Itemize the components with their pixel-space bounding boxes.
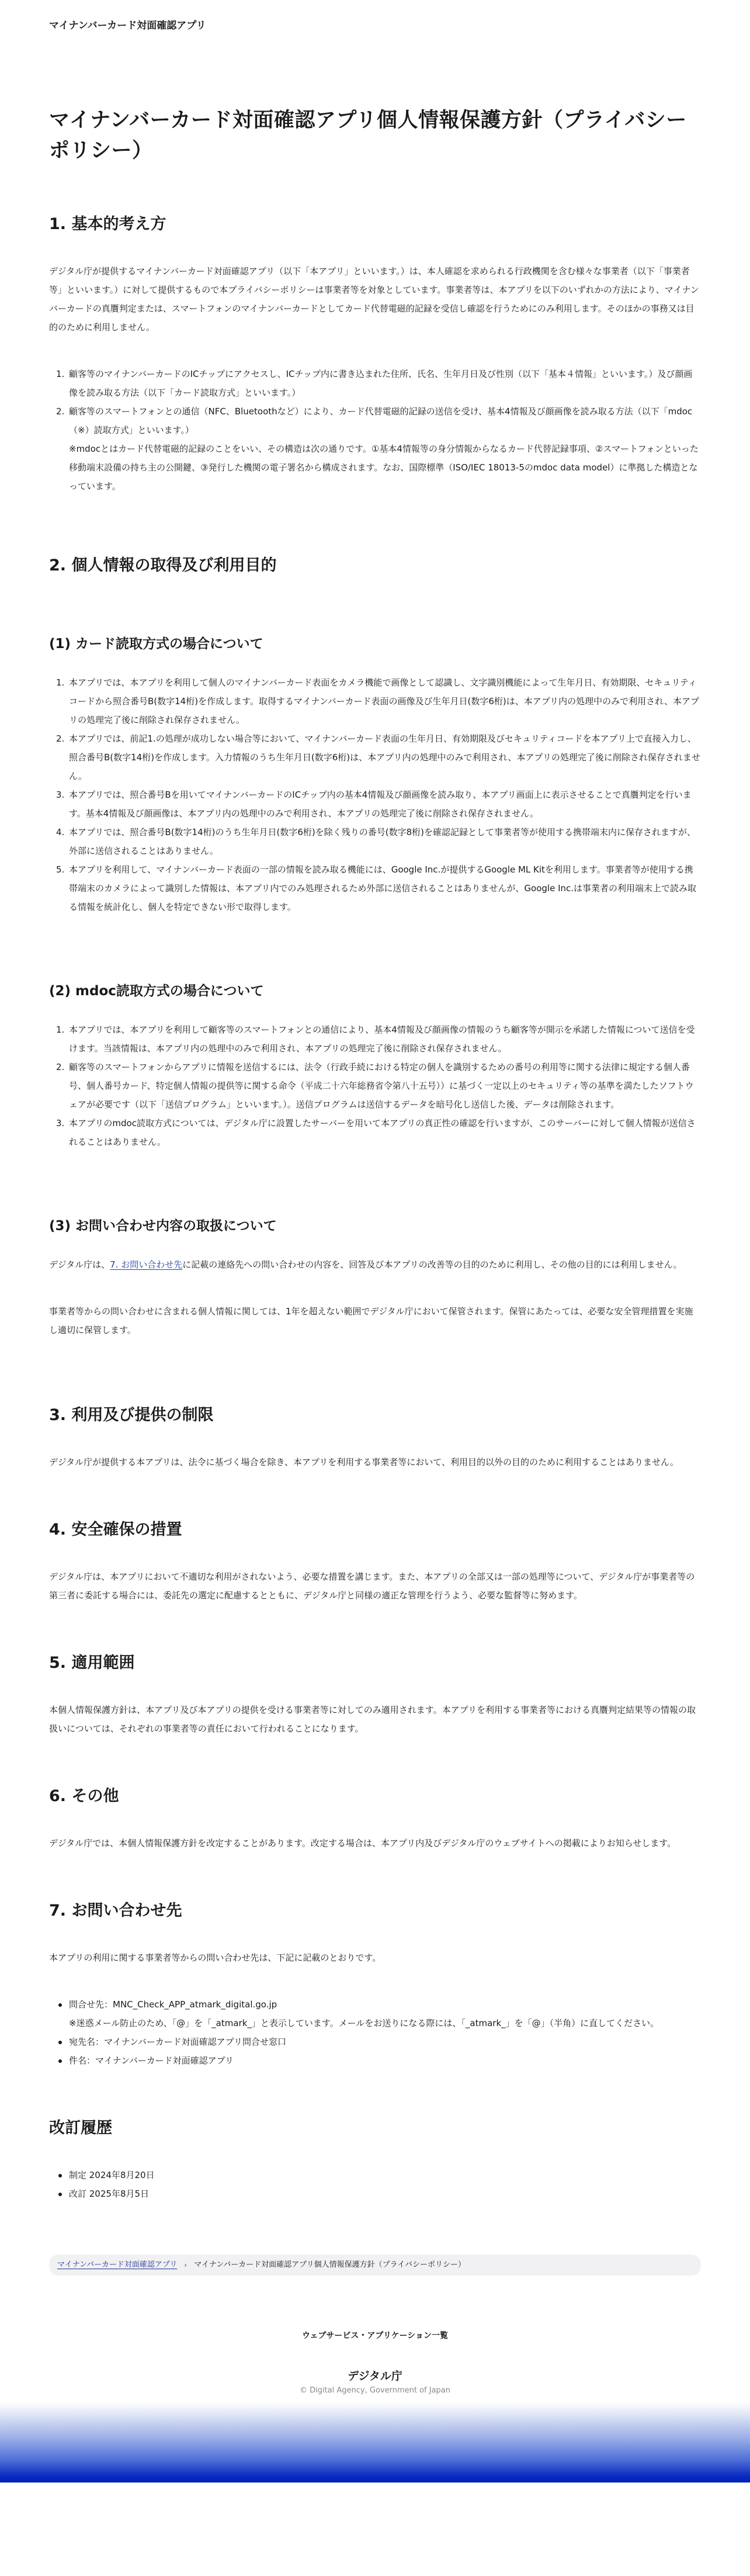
contact-subject: 件名：マイナンバーカード対面確認アプリ <box>69 2055 234 2066</box>
list-item-text: 顧客等のマイナンバーカードのICチップにアクセスし、ICチップ内に書き込まれた住… <box>69 369 692 398</box>
list-number: 2. <box>56 402 64 421</box>
paragraph-text: に記載の連絡先への問い合わせの内容を、回答及び本アプリの改善等の目的のために利用… <box>182 1259 682 1270</box>
numbered-list: 1. 本アプリでは、本アプリを利用して顧客等のスマートフォンとの通信により、基本… <box>56 1020 701 1151</box>
paragraph-text: デジタル庁は、 <box>49 1259 110 1270</box>
section-title: 改訂履歴 <box>49 2117 701 2140</box>
list-number: 4. <box>56 823 64 842</box>
subsection-mdoc-reading: (2) mdoc読取方式の場合について 1. 本アプリでは、本アプリを利用して顧… <box>49 981 701 1151</box>
revision-text: 制定 2024年8月20日 <box>69 2170 155 2180</box>
site-title-link[interactable]: マイナンバーカード対面確認アプリ <box>49 20 206 32</box>
section-other: 6. その他 デジタル庁では、本個人情報保護方針を改定することがあります。改定す… <box>49 1785 701 1853</box>
section-intro: デジタル庁が提供するマイナンバーカード対面確認アプリ（以下「本アプリ」といいます… <box>49 262 701 337</box>
breadcrumb-home-link[interactable]: マイナンバーカード対面確認アプリ <box>57 2259 177 2271</box>
section-body: デジタル庁では、本個人情報保護方針を改定することがあります。改定する場合は、本ア… <box>49 1834 701 1853</box>
contact-recipient: 宛先名：マイナンバーカード対面確認アプリ問合せ窓口 <box>69 2037 286 2047</box>
section-acquisition-purpose: 2. 個人情報の取得及び利用目的 (1) カード読取方式の場合について 1. 本… <box>49 554 701 1339</box>
section-title: 5. 適用範囲 <box>49 1651 701 1675</box>
list-item-text: 顧客等のスマートフォンとの通信（NFC、Bluetoothなど）により、カード代… <box>69 406 692 435</box>
subsection-inquiry-handling: (3) お問い合わせ内容の取扱について デジタル庁は、7. お問い合わせ先に記載… <box>49 1216 701 1339</box>
services-list-link[interactable]: ウェブサービス・アプリケーション一覧 <box>302 2329 448 2343</box>
revision-item: 制定 2024年8月20日 <box>56 2166 701 2184</box>
list-item-text: 本アプリのmdoc読取方式については、デジタル庁に設置したサーバーを用いて本アプ… <box>69 1118 696 1147</box>
list-item-text: 本アプリを利用して、マイナンバーカード表面の一部の情報を読み取る機能には、Goo… <box>69 864 696 912</box>
list-item: 2. 本アプリでは、前記1.の処理が成功しない場合等において、マイナンバーカード… <box>56 729 701 785</box>
section-title: 7. お問い合わせ先 <box>49 1899 701 1923</box>
contact-email-item: 問合せ先：MNC_Check_APP_atmark_digital.go.jp … <box>56 1995 701 2033</box>
contact-email: 問合せ先：MNC_Check_APP_atmark_digital.go.jp <box>69 1999 277 2010</box>
list-item-text: 本アプリでは、本アプリを利用して顧客等のスマートフォンとの通信により、基本4情報… <box>69 1024 695 1054</box>
section-contact: 7. お問い合わせ先 本アプリの利用に関する事業者等からの問い合わせ先は、下記に… <box>49 1899 701 2070</box>
page-title: マイナンバーカード対面確認アプリ個人情報保護方針（プライバシーポリシー） <box>49 105 701 166</box>
copyright: © Digital Agency, Government of Japan <box>0 2384 750 2397</box>
list-number: 2. <box>56 729 64 748</box>
numbered-list: 1. 顧客等のマイナンバーカードのICチップにアクセスし、ICチップ内に書き込ま… <box>56 365 701 496</box>
contact-list: 問合せ先：MNC_Check_APP_atmark_digital.go.jp … <box>56 1995 701 2070</box>
revision-text: 改訂 2025年8月5日 <box>69 2189 149 2199</box>
list-number: 5. <box>56 860 64 879</box>
section-title: 4. 安全確保の措置 <box>49 1518 701 1542</box>
subsection-card-reading: (1) カード読取方式の場合について 1. 本アプリでは、本アプリを利用して個人… <box>49 633 701 916</box>
section-body: 本アプリの利用に関する事業者等からの問い合わせ先は、下記に記載のとおりです。 <box>49 1948 701 1967</box>
main-content: マイナンバーカード対面確認アプリ個人情報保護方針（プライバシーポリシー） 1. … <box>0 105 750 2203</box>
subsection-title: (2) mdoc読取方式の場合について <box>49 981 701 1002</box>
spacer <box>49 542 701 554</box>
list-item: 3. 本アプリでは、照合番号Bを用いてマイナンバーカードのICチップ内の基本4情… <box>56 785 701 823</box>
chevron-right-icon: › <box>184 2259 187 2271</box>
list-number: 3. <box>56 1114 64 1133</box>
section-usage-restriction: 3. 利用及び提供の制限 デジタル庁が提供する本アプリは、法令に基づく場合を除き… <box>49 1404 701 1471</box>
list-item: 4. 本アプリでは、照合番号B(数字14桁)のうち生年月日(数字6桁)を除く残り… <box>56 823 701 860</box>
list-item: 3. 本アプリのmdoc読取方式については、デジタル庁に設置したサーバーを用いて… <box>56 1114 701 1151</box>
contact-recipient-item: 宛先名：マイナンバーカード対面確認アプリ問合せ窓口 <box>56 2033 701 2051</box>
breadcrumb: マイナンバーカード対面確認アプリ › マイナンバーカード対面確認アプリ個人情報保… <box>49 2255 701 2276</box>
list-number: 1. <box>56 1020 64 1039</box>
subsection-title: (3) お問い合わせ内容の取扱について <box>49 1216 701 1237</box>
digital-agency-logo: デジタル庁 <box>0 2368 750 2384</box>
list-item-text: 顧客等のスマートフォンからアプリに情報を送信するには、法令（行政手続における特定… <box>69 1062 694 1110</box>
subsection-title: (1) カード読取方式の場合について <box>49 633 701 655</box>
breadcrumb-current: マイナンバーカード対面確認アプリ個人情報保護方針（プライバシーポリシー） <box>194 2259 466 2271</box>
spacer <box>49 1386 701 1404</box>
section-scope: 5. 適用範囲 本個人情報保護方針は、本アプリ及び本アプリの提供を受ける事業者等… <box>49 1651 701 1738</box>
list-number: 3. <box>56 785 64 804</box>
section-title: 1. 基本的考え方 <box>49 213 701 236</box>
revision-list: 制定 2024年8月20日 改訂 2025年8月5日 <box>56 2166 701 2203</box>
inquiry-retention-paragraph: 事業者等からの問い合わせに含まれる個人情報に関しては、1年を超えない範囲でデジタ… <box>49 1302 701 1339</box>
list-item-text: 本アプリでは、前記1.の処理が成功しない場合等において、マイナンバーカード表面の… <box>69 733 700 781</box>
list-item: 5. 本アプリを利用して、マイナンバーカード表面の一部の情報を読み取る機能には、… <box>56 860 701 916</box>
list-item: 1. 顧客等のマイナンバーカードのICチップにアクセスし、ICチップ内に書き込ま… <box>56 365 701 402</box>
section-title: 6. その他 <box>49 1785 701 1808</box>
list-item-text: 本アプリでは、本アプリを利用して個人のマイナンバーカード表面をカメラ機能で画像と… <box>69 677 699 725</box>
section-body: 本個人情報保護方針は、本アプリ及び本アプリの提供を受ける事業者等に対してのみ適用… <box>49 1701 701 1738</box>
list-item: 1. 本アプリでは、本アプリを利用して顧客等のスマートフォンとの通信により、基本… <box>56 1020 701 1058</box>
numbered-list: 1. 本アプリでは、本アプリを利用して個人のマイナンバーカード表面をカメラ機能で… <box>56 673 701 916</box>
list-item-text: 本アプリでは、照合番号B(数字14桁)のうち生年月日(数字6桁)を除く残りの番号… <box>69 827 696 856</box>
section-body: デジタル庁は、本アプリにおいて不適切な利用がされないよう、必要な措置を講じます。… <box>49 1567 701 1605</box>
list-item: 2. 顧客等のスマートフォンからアプリに情報を送信するには、法令（行政手続におけ… <box>56 1058 701 1114</box>
list-item: 1. 本アプリでは、本アプリを利用して個人のマイナンバーカード表面をカメラ機能で… <box>56 673 701 729</box>
section-title: 2. 個人情報の取得及び利用目的 <box>49 554 701 577</box>
section-revision-history: 改訂履歴 制定 2024年8月20日 改訂 2025年8月5日 <box>49 2117 701 2203</box>
site-header: マイナンバーカード対面確認アプリ <box>0 0 750 47</box>
list-number: 1. <box>56 365 64 383</box>
contact-section-link[interactable]: 7. お問い合わせ先 <box>110 1259 182 1270</box>
list-number: 1. <box>56 673 64 692</box>
list-number: 2. <box>56 1058 64 1076</box>
contact-subject-item: 件名：マイナンバーカード対面確認アプリ <box>56 2051 701 2070</box>
inquiry-usage-paragraph: デジタル庁は、7. お問い合わせ先に記載の連絡先への問い合わせの内容を、回答及び… <box>49 1255 701 1274</box>
section-security-measures: 4. 安全確保の措置 デジタル庁は、本アプリにおいて不適切な利用がされないよう、… <box>49 1518 701 1605</box>
section-basic-policy: 1. 基本的考え方 デジタル庁が提供するマイナンバーカード対面確認アプリ（以下「… <box>49 213 701 496</box>
section-title: 3. 利用及び提供の制限 <box>49 1404 701 1427</box>
list-item-text: 本アプリでは、照合番号Bを用いてマイナンバーカードのICチップ内の基本4情報及び… <box>69 790 692 819</box>
list-item: 2. 顧客等のスマートフォンとの通信（NFC、Bluetoothなど）により、カ… <box>56 402 701 496</box>
list-item-note: ※mdocとはカード代替電磁的記録のことをいい、その構造は次の通りです。①基本4… <box>69 439 701 496</box>
section-body: デジタル庁が提供する本アプリは、法令に基づく場合を除き、本アプリを利用する事業者… <box>49 1453 701 1471</box>
spam-prevention-note: ※迷惑メール防止のため、「@」を「_atmark_」と表示しています。メールをお… <box>69 2014 701 2033</box>
revision-item: 改訂 2025年8月5日 <box>56 2184 701 2203</box>
footer-gradient-band <box>0 2402 750 2482</box>
site-footer: ウェブサービス・アプリケーション一覧 デジタル庁 © Digital Agenc… <box>0 2326 750 2482</box>
